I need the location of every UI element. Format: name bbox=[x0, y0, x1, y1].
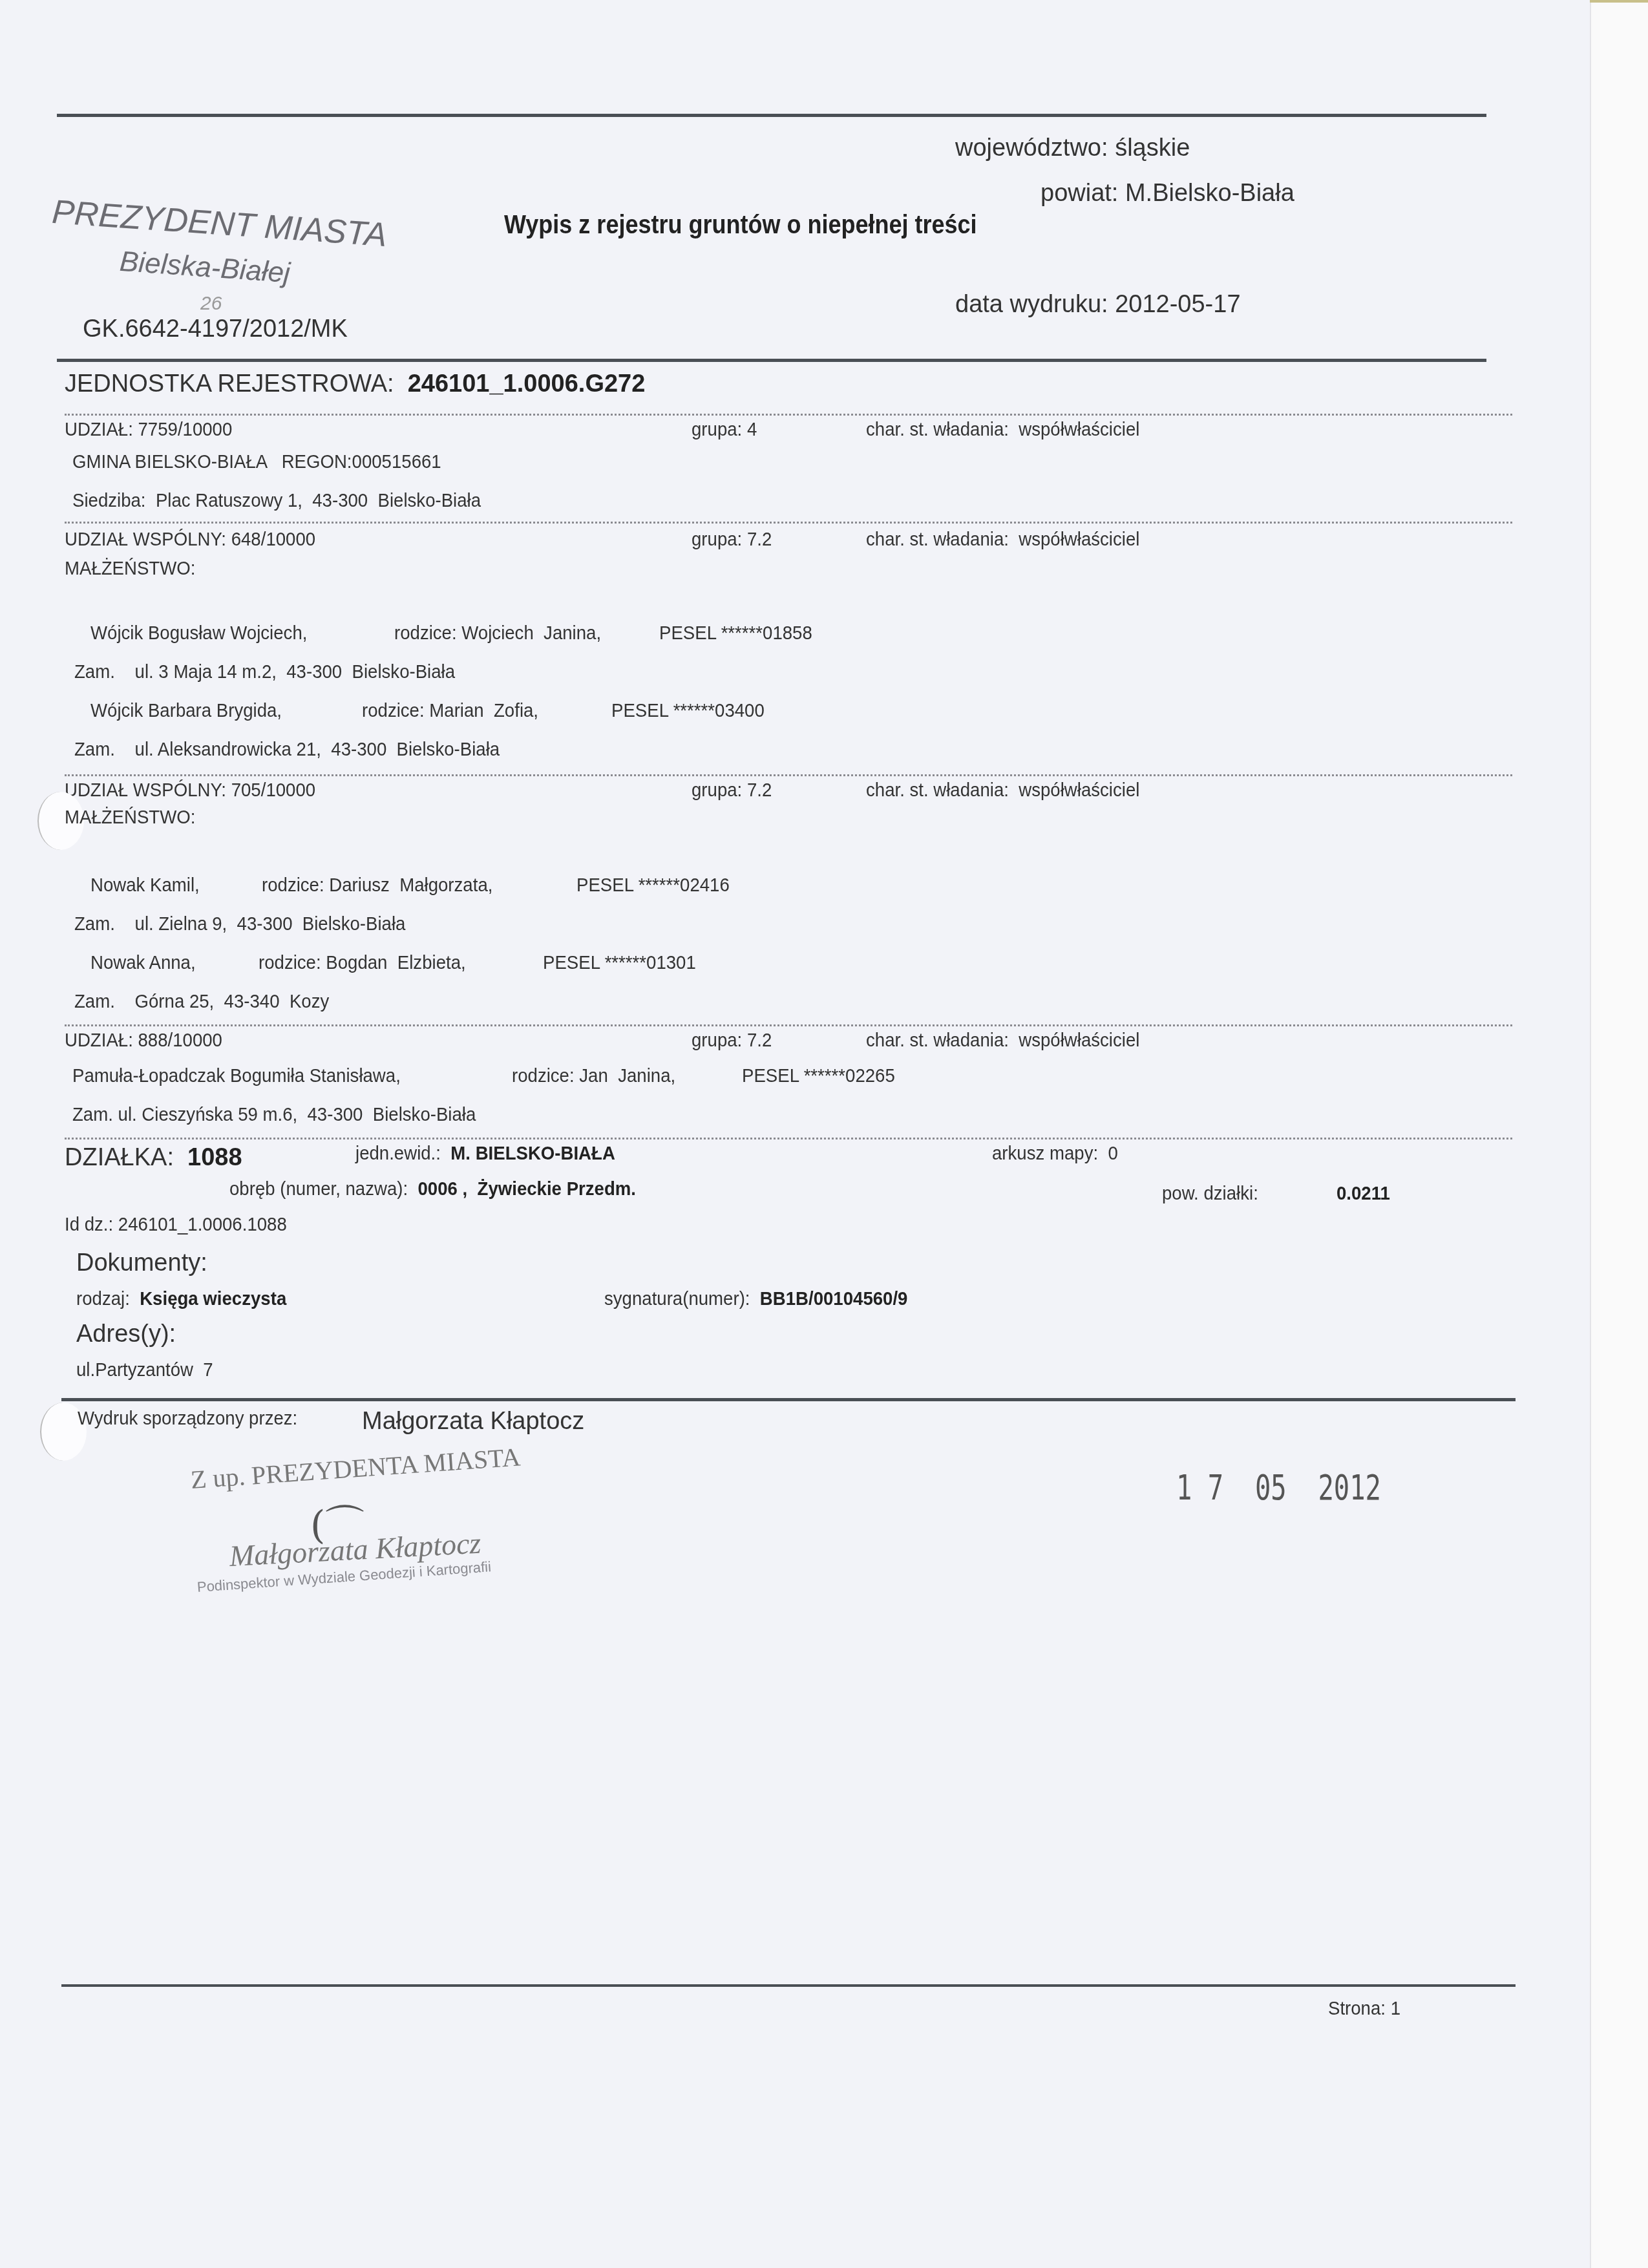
parcel-map-sheet: arkusz mapy: 0 bbox=[992, 1144, 1118, 1163]
share-1-grupa: grupa: 4 bbox=[692, 420, 757, 440]
share-2-heading: MAŁŻEŃSTWO: bbox=[65, 559, 195, 578]
parcel-jedn-ewid: jedn.ewid.: M. BIELSKO-BIAŁA bbox=[355, 1144, 615, 1163]
person-address: Zam. ul. Zielna 9, 43-300 Bielsko-Biała bbox=[74, 915, 405, 934]
separator bbox=[65, 522, 1512, 524]
address-item: ul.Partyzantów 7 bbox=[76, 1361, 213, 1380]
share-3-char: char. st. władania: współwłaściciel bbox=[866, 781, 1139, 800]
share-4-grupa: grupa: 7.2 bbox=[692, 1031, 772, 1050]
person-name: Pamuła-Łopadczak Bogumiła Stanisława, bbox=[72, 1066, 401, 1086]
parcel-id: Id dz.: 246101_1.0006.1088 bbox=[65, 1215, 287, 1235]
documents-heading: Dokumenty: bbox=[76, 1251, 207, 1275]
person-parents: rodzice: Dariusz Małgorzata, bbox=[262, 876, 492, 895]
footer-rule bbox=[61, 1398, 1516, 1401]
share-3-grupa: grupa: 7.2 bbox=[692, 781, 772, 800]
share-2-char: char. st. władania: współwłaściciel bbox=[866, 530, 1139, 549]
person-name: Nowak Kamil, bbox=[90, 876, 200, 895]
share-1-owner: GMINA BIELSKO-BIAŁA REGON:000515661 bbox=[72, 452, 441, 472]
addresses-heading: Adres(y): bbox=[76, 1322, 176, 1346]
separator bbox=[65, 774, 1512, 776]
share-1-udzial: UDZIAŁ: 7759/10000 bbox=[65, 420, 232, 440]
share-1-seat: Siedziba: Plac Ratuszowy 1, 43-300 Biels… bbox=[72, 491, 481, 511]
registration-unit: JEDNOSTKA REJESTROWA: 246101_1.0006.G272 bbox=[65, 372, 645, 396]
case-number: GK.6642-4197/2012/MK bbox=[83, 317, 348, 341]
person-name: Nowak Anna, bbox=[90, 953, 196, 973]
top-rule bbox=[57, 114, 1486, 117]
person-pesel: PESEL ******01858 bbox=[659, 624, 812, 643]
share-3-udzial: UDZIAŁ WSPÓLNY: 705/10000 bbox=[65, 781, 315, 800]
parcel-area-label: pow. działki: bbox=[1162, 1184, 1258, 1203]
page-number: Strona: 1 bbox=[1328, 1999, 1400, 2019]
office-stamp-line3: 26 bbox=[200, 294, 222, 313]
person-name: Wójcik Bogusław Wojciech, bbox=[90, 624, 307, 643]
date-stamp: 1 7 05 2012 bbox=[1176, 1470, 1381, 1505]
document-type: rodzaj: Księga wieczysta bbox=[76, 1289, 286, 1309]
page-title: Wypis z rejestru gruntów o niepełnej tre… bbox=[504, 212, 977, 238]
scanner-background bbox=[1590, 0, 1648, 2268]
parcel-number: DZIAŁKA: 1088 bbox=[65, 1145, 242, 1170]
share-3-heading: MAŁŻEŃSTWO: bbox=[65, 808, 195, 827]
share-4-udzial: UDZIAŁ: 888/10000 bbox=[65, 1031, 222, 1050]
separator bbox=[65, 1024, 1512, 1026]
separator bbox=[65, 1138, 1512, 1139]
print-date-field: data wydruku: 2012-05-17 bbox=[955, 292, 1241, 317]
prepared-by-label: Wydruk sporządzony przez: bbox=[78, 1409, 297, 1428]
person-address: Zam. Górna 25, 43-340 Kozy bbox=[74, 992, 329, 1012]
share-4-char: char. st. władania: współwłaściciel bbox=[866, 1031, 1139, 1050]
person-parents: rodzice: Bogdan Elzbieta, bbox=[259, 953, 466, 973]
share-2-grupa: grupa: 7.2 bbox=[692, 530, 772, 549]
person-parents: rodzice: Marian Zofia, bbox=[362, 701, 538, 721]
person-parents: rodzice: Jan Janina, bbox=[512, 1066, 675, 1086]
person-address: Zam. ul. 3 Maja 14 m.2, 43-300 Bielsko-B… bbox=[74, 662, 455, 682]
parcel-area-value: 0.0211 bbox=[1336, 1184, 1390, 1203]
header-rule bbox=[57, 359, 1486, 362]
powiat-field: powiat: M.Bielsko-Biała bbox=[1041, 181, 1294, 206]
person-address: Zam. ul. Aleksandrowicka 21, 43-300 Biel… bbox=[74, 740, 500, 759]
person-name: Wójcik Barbara Brygida, bbox=[90, 701, 282, 721]
wojewodztwo-field: województwo: śląskie bbox=[955, 136, 1190, 160]
document-signature: sygnatura(numer): BB1B/00104560/9 bbox=[604, 1289, 907, 1309]
share-2-udzial: UDZIAŁ WSPÓLNY: 648/10000 bbox=[65, 530, 315, 549]
share-1-char: char. st. władania: współwłaściciel bbox=[866, 420, 1139, 440]
person-pesel: PESEL ******02265 bbox=[742, 1066, 895, 1086]
parcel-obreb: obręb (numer, nazwa): 0006 , Żywieckie P… bbox=[229, 1180, 636, 1199]
person-pesel: PESEL ******02416 bbox=[576, 876, 730, 895]
page-bottom-rule bbox=[61, 1984, 1516, 1987]
prepared-by-name: Małgorzata Kłaptocz bbox=[362, 1409, 584, 1434]
person-parents: rodzice: Wojciech Janina, bbox=[394, 624, 601, 643]
separator bbox=[65, 414, 1512, 416]
scanner-edge bbox=[1590, 0, 1648, 3]
person-pesel: PESEL ******03400 bbox=[611, 701, 765, 721]
person-address: Zam. ul. Cieszyńska 59 m.6, 43-300 Biels… bbox=[72, 1105, 476, 1125]
person-pesel: PESEL ******01301 bbox=[543, 953, 696, 973]
